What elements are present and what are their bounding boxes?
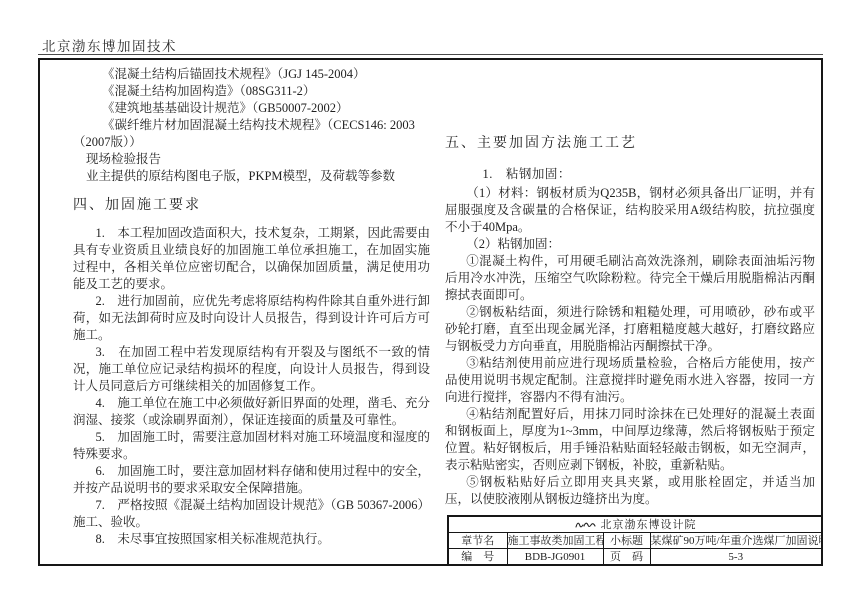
number-value-cell: BDB-JG0901: [507, 549, 603, 566]
subtitle-label-cell: 小标题: [603, 533, 650, 549]
requirement-item: 6. 加固施工时，要注意加固材料存储和使用过程中的安全，并按产品说明书的要求采取…: [73, 463, 430, 497]
right-column: 五、主要加固方法施工工艺 1. 粘钢加固： （1）材料：钢板材质为Q235B，钢…: [445, 133, 815, 508]
number-label-cell: 编 号: [448, 549, 507, 566]
chapter-value-cell: 施工事故类加固工程: [507, 533, 603, 549]
requirement-item: 4. 施工单位在施工中必须做好新旧界面的处理，凿毛、充分润湿、接浆（或涂刷界面剂…: [73, 395, 430, 429]
title-block-row: 章节名 施工事故类加固工程 小标题 某煤矿90万吨/年重介选煤厂加固说明: [448, 533, 822, 549]
requirement-item: 7. 严格按照《混凝土结构加固设计规范》（GB 50367-2006）施工、验收…: [73, 497, 430, 531]
procedure-paragraph: （2）粘钢加固：: [445, 236, 815, 253]
document-header-title: 北京渤东博加固技术: [42, 35, 177, 55]
procedure-paragraph: ①混凝土构件，可用硬毛刷沾高效洗涤剂，刷除表面油垢污物后用冷水冲洗，压缩空气吹除…: [445, 253, 815, 304]
document-page: 北京渤东博加固技术 《混凝土结构后锚固技术规程》（JGJ 145-2004） 《…: [0, 0, 863, 609]
section-5-heading: 五、主要加固方法施工工艺: [445, 133, 815, 155]
reference-item: 《混凝土结构加固构造》（08SG311-2）: [73, 83, 430, 100]
title-block-org-row: 北京渤东博设计院: [448, 516, 822, 533]
title-block-row: 编 号 BDB-JG0901 页 码 5-3: [448, 549, 822, 566]
reference-item-continuation: （2007版））: [73, 134, 430, 151]
page-label-cell: 页 码: [603, 549, 650, 566]
reference-item: 现场检验报告: [73, 151, 430, 168]
procedure-paragraph: （1）材料：钢板材质为Q235B，钢材必须具备出厂证明，并有屈服强度及含碳量的合…: [445, 185, 815, 236]
bdb-script-logo-icon: [574, 519, 596, 530]
procedure-paragraph: ③粘结剂使用前应进行现场质量检验，合格后方能使用，按产品使用说明书规定配制。注意…: [445, 355, 815, 406]
section-4-heading: 四、加固施工要求: [73, 195, 430, 217]
reference-item: 业主提供的原结构图电子版，PKPM模型，及荷载等参数: [73, 168, 430, 185]
org-name: 北京渤东博设计院: [601, 519, 697, 531]
chapter-label-cell: 章节名: [448, 533, 507, 549]
reference-item: 《建筑地基基础设计规范》（GB50007-2002）: [73, 100, 430, 117]
requirement-item: 3. 在加固工程中若发现原结构有开裂及与图纸不一致的情况，施工单位应记录结构损坏…: [73, 344, 430, 395]
subsection-title: 1. 粘钢加固：: [445, 165, 815, 183]
requirement-item: 8. 未尽事宜按照国家相关标准规范执行。: [73, 531, 430, 548]
org-cell: 北京渤东博设计院: [448, 516, 822, 533]
content-frame: 《混凝土结构后锚固技术规程》（JGJ 145-2004） 《混凝土结构加固构造》…: [38, 58, 823, 566]
procedure-paragraph: ⑤钢板粘贴好后立即用夹具夹紧，或用胀栓固定，并适当加压，以使胶液刚从钢板边缝挤出…: [445, 474, 815, 508]
reference-item: 《混凝土结构后锚固技术规程》（JGJ 145-2004）: [73, 66, 430, 83]
requirement-item: 5. 加固施工时，需要注意加固材料对施工环境温度和湿度的特殊要求。: [73, 429, 430, 463]
requirement-item: 1. 本工程加固改造面积大，技术复杂，工期紧，因此需要由具有专业资质且业绩良好的…: [73, 225, 430, 293]
page-value-cell: 5-3: [650, 549, 822, 566]
reference-item: 《碳纤维片材加固混凝土结构技术规程》（CECS146: 2003: [73, 117, 430, 134]
title-block-table: 北京渤东博设计院 章节名 施工事故类加固工程 小标题 某煤矿90万吨/年重介选煤…: [447, 515, 823, 566]
reference-list: 《混凝土结构后锚固技术规程》（JGJ 145-2004） 《混凝土结构加固构造》…: [73, 66, 430, 185]
header-divider: [38, 54, 823, 55]
requirement-item: 2. 进行加固前，应优先考虑将原结构构件除其自重外进行卸荷，如无法卸荷时应及时向…: [73, 293, 430, 344]
subtitle-value-cell: 某煤矿90万吨/年重介选煤厂加固说明: [650, 533, 822, 549]
procedure-paragraph: ④粘结剂配置好后，用抹刀同时涂抹在已处理好的混凝土表面和钢板面上，厚度为1~3m…: [445, 406, 815, 474]
procedure-paragraph: ②钢板粘结面，须进行除锈和粗糙处理，可用喷砂，砂布或平砂轮打磨，直至出现金属光泽…: [445, 304, 815, 355]
left-column: 《混凝土结构后锚固技术规程》（JGJ 145-2004） 《混凝土结构加固构造》…: [73, 66, 430, 548]
